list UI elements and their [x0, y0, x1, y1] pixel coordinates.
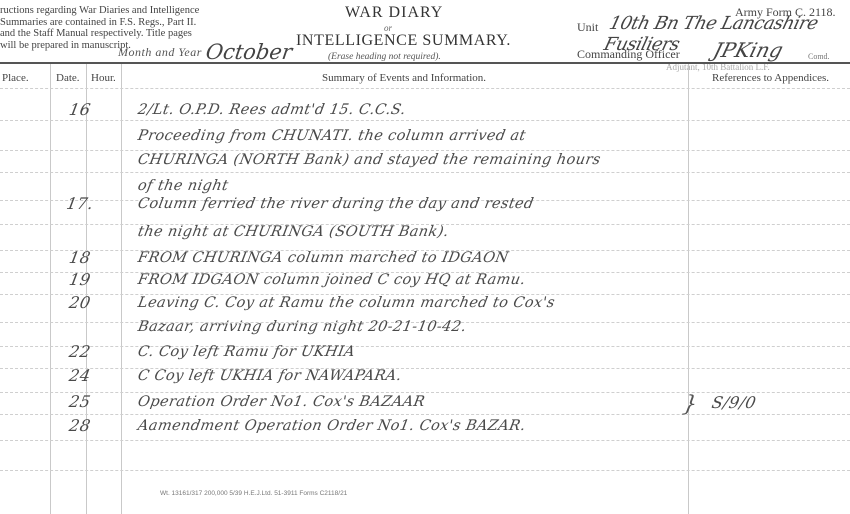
entry-date: 25 — [54, 392, 105, 411]
column-header-place: Place. — [2, 72, 29, 84]
unit-label: Unit — [577, 20, 598, 35]
entry-text: C. Coy left Ramu for UKHIA — [137, 344, 357, 360]
reference-value: S/9/0 — [710, 393, 757, 412]
entry-text: of the night — [137, 178, 230, 194]
printer-imprint: Wt. 13161/317 200,000 5/39 H.E.J.Ltd. 51… — [160, 490, 347, 497]
entry-date: 17. — [54, 194, 105, 213]
ruled-line — [0, 470, 850, 471]
entry-text: Leaving C. Coy at Ramu the column marche… — [137, 295, 557, 311]
ruled-line — [0, 346, 850, 347]
entry-text: Bazaar, arriving during night 20-21-10-4… — [137, 319, 468, 335]
entry-text: FROM IDGAON column joined C coy HQ at Ra… — [137, 272, 527, 288]
month-year-value: October — [204, 40, 293, 64]
month-year-label: Month and Year — [118, 45, 202, 60]
entry-date: 24 — [54, 366, 105, 385]
column-divider-place — [50, 64, 51, 514]
form-title-note: (Erase heading not required). — [328, 52, 441, 62]
entry-date: 18 — [54, 248, 105, 267]
form-title: WAR DIARY — [345, 4, 443, 22]
ruled-line — [0, 414, 850, 415]
ruled-line — [0, 120, 850, 121]
ruled-line — [0, 172, 850, 173]
entry-date: 20 — [54, 293, 105, 312]
ruled-line — [0, 440, 850, 441]
column-header-hour: Hour. — [91, 72, 116, 84]
column-divider-date — [86, 64, 87, 514]
entry-text: 2/Lt. O.P.D. Rees admt'd 15. C.C.S. — [137, 102, 408, 118]
entry-date: 22 — [54, 342, 105, 361]
entry-text: the night at CHURINGA (SOUTH Bank). — [137, 224, 451, 240]
entry-text: FROM CHURINGA column marched to IDGAON — [137, 250, 510, 266]
column-header-references: References to Appendices. — [712, 72, 829, 84]
entry-date: 28 — [54, 416, 105, 435]
column-header-summary: Summary of Events and Information. — [322, 72, 486, 84]
header-divider — [0, 62, 850, 64]
ruled-line — [0, 88, 850, 89]
ruled-line — [0, 150, 850, 151]
column-divider-hour — [121, 64, 122, 514]
form-subtitle: INTELLIGENCE SUMMARY. — [296, 32, 511, 50]
entry-text: CHURINGA (NORTH Bank) and stayed the rem… — [137, 152, 602, 168]
ruled-line — [0, 368, 850, 369]
entry-date: 16 — [54, 100, 105, 119]
entry-date: 19 — [54, 270, 105, 289]
entry-text: Operation Order No1. Cox's BAZAAR — [137, 394, 427, 410]
commanding-officer-signature: JPKing — [711, 38, 786, 62]
column-header-date: Date. — [56, 72, 80, 84]
commanding-officer-label: Commanding Officer — [577, 47, 680, 62]
commanding-officer-suffix: Comd. — [808, 52, 830, 61]
column-divider-summary — [688, 64, 689, 514]
entry-text: Column ferried the river during the day … — [137, 196, 536, 212]
entry-text: C Coy left UKHIA for NAWAPARA. — [137, 368, 403, 384]
entry-text: Proceeding from CHUNATI. the column arri… — [137, 128, 528, 144]
entry-text: Aamendment Operation Order No1. Cox's BA… — [137, 418, 527, 434]
